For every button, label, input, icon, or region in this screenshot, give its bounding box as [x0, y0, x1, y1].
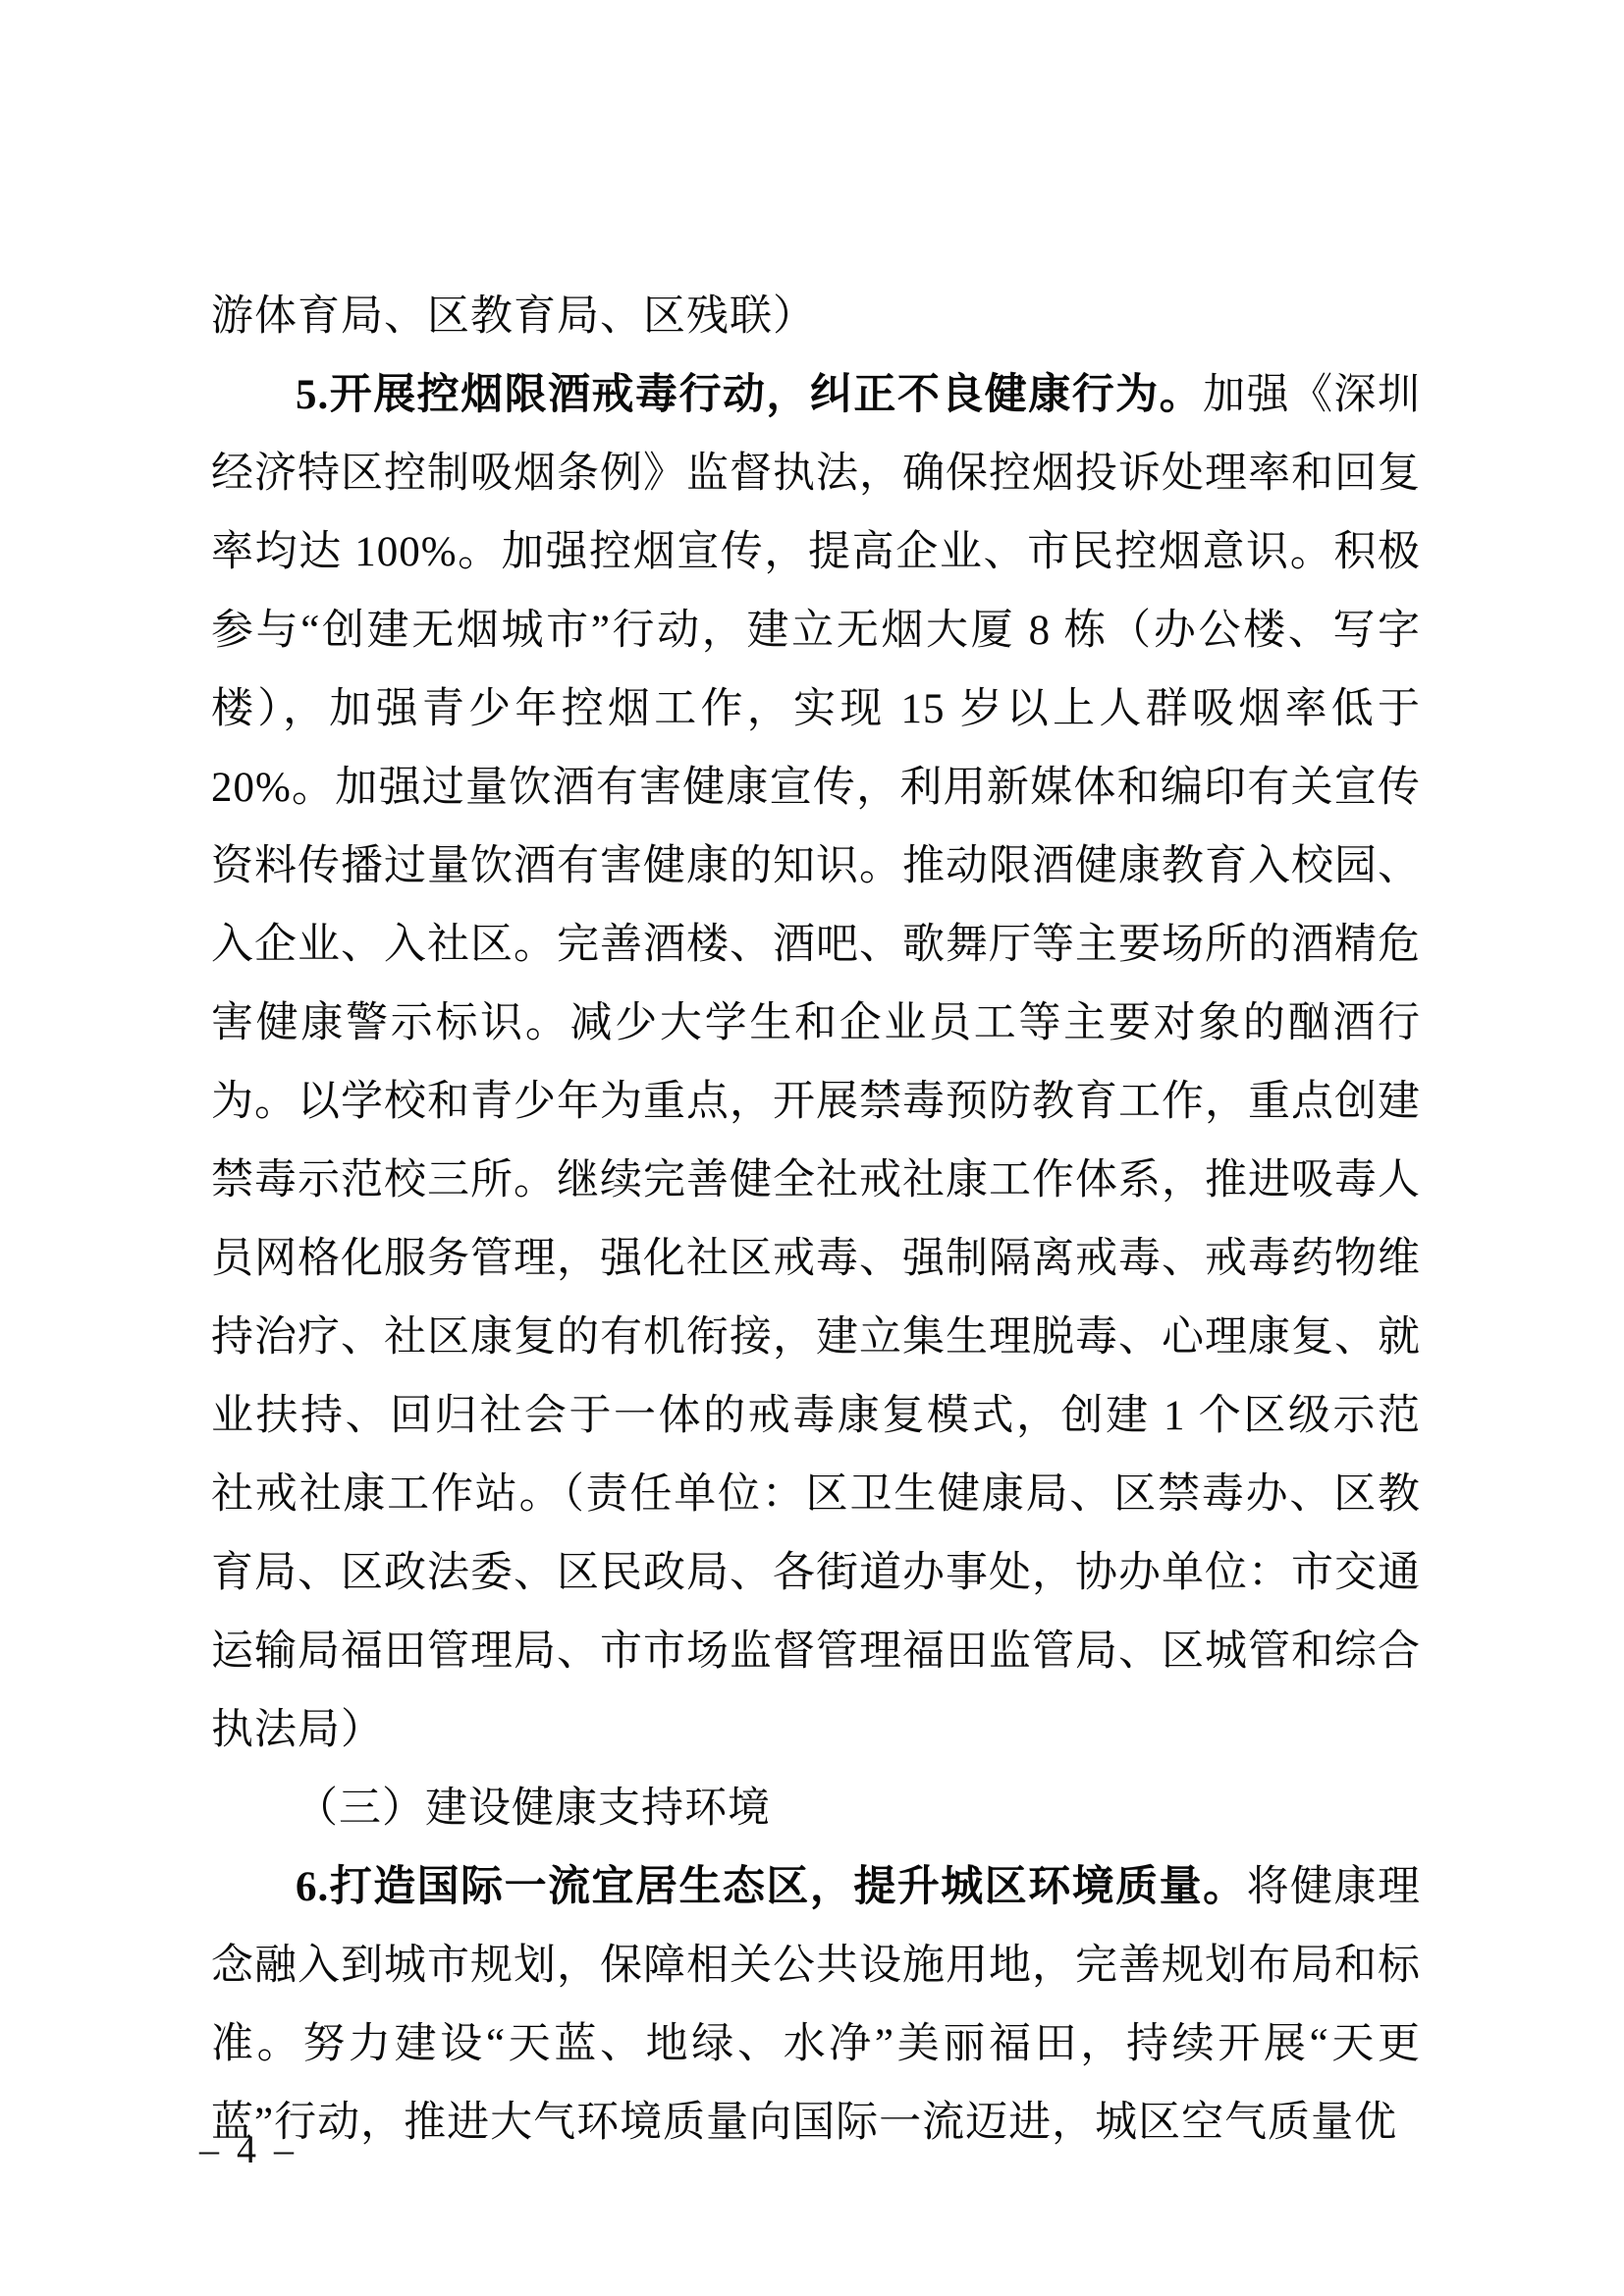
section-heading-3-text: （三）建设健康支持环境: [296, 1786, 771, 1832]
paragraph-continuation: 游体育局、区教育局、区残联）: [211, 278, 1421, 356]
section-heading-3: （三）建设健康支持环境: [211, 1770, 1421, 1848]
page-number: – 4 –: [199, 2126, 298, 2172]
paragraph-continuation-text: 游体育局、区教育局、区残联）: [211, 294, 816, 340]
document-body: 游体育局、区教育局、区残联） 5.开展控烟限酒戒毒行动，纠正不良健康行为。加强《…: [211, 278, 1421, 2163]
item-5-bold-lead-text: 5.开展控烟限酒戒毒行动，纠正不良健康行为。: [296, 372, 1203, 418]
paragraph-item-5: 5.开展控烟限酒戒毒行动，纠正不良健康行为。加强《深圳经济特区控制吸烟条例》监督…: [211, 356, 1421, 1770]
item-5-body-text: 加强《深圳经济特区控制吸烟条例》监督执法，确保控烟投诉处理率和回复率均达 100…: [211, 372, 1421, 1753]
document-page: 游体育局、区教育局、区残联） 5.开展控烟限酒戒毒行动，纠正不良健康行为。加强《…: [0, 0, 1624, 2296]
item-6-bold-lead-text: 6.打造国际一流宜居生态区，提升城区环境质量。: [296, 1864, 1247, 1910]
paragraph-item-6: 6.打造国际一流宜居生态区，提升城区环境质量。将健康理念融入到城市规划，保障相关…: [211, 1848, 1421, 2163]
